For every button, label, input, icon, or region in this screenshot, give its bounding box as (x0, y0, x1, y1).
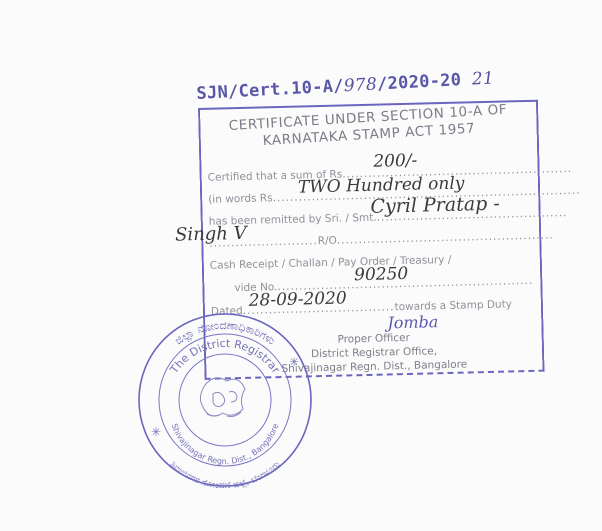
lion-emblem-icon (200, 378, 245, 417)
payment-mode-line: Cash Receipt / Challan / Pay Order / Tre… (210, 254, 452, 272)
sum-value: 200/- (373, 151, 417, 172)
svg-text:Shivajinagar Regn. Dist., Bang: Shivajinagar Regn. Dist., Bangalore (170, 422, 281, 466)
remitted-value: Cyril Pratap - (370, 193, 500, 218)
reference-year: /2020-20 (377, 70, 462, 94)
svg-text:✳: ✳ (151, 425, 161, 439)
svg-text:✳: ✳ (289, 355, 299, 369)
vide-value: 90250 (354, 264, 409, 285)
ro-line: .........................R/O............… (209, 229, 554, 249)
stamp-heading: CERTIFICATE UNDER SECTION 10-A OF KARNAT… (200, 100, 537, 154)
reference-prefix: SJN/Cert.10-A/ (196, 76, 344, 104)
reference-handwritten-no: 978 (343, 75, 377, 97)
name-continuation: Singh V (175, 223, 247, 246)
certificate-reference-number: SJN/Cert.10-A/978/2020-20 21 (196, 68, 495, 104)
district-registrar-seal: ಜಿಲ್ಲಾ ನೋಂದಣಾಧಿಕಾರಿಗಳು The District Regi… (135, 310, 315, 490)
dated-value: 28-09-2020 (248, 288, 346, 310)
reference-suffix: 21 (471, 68, 494, 89)
